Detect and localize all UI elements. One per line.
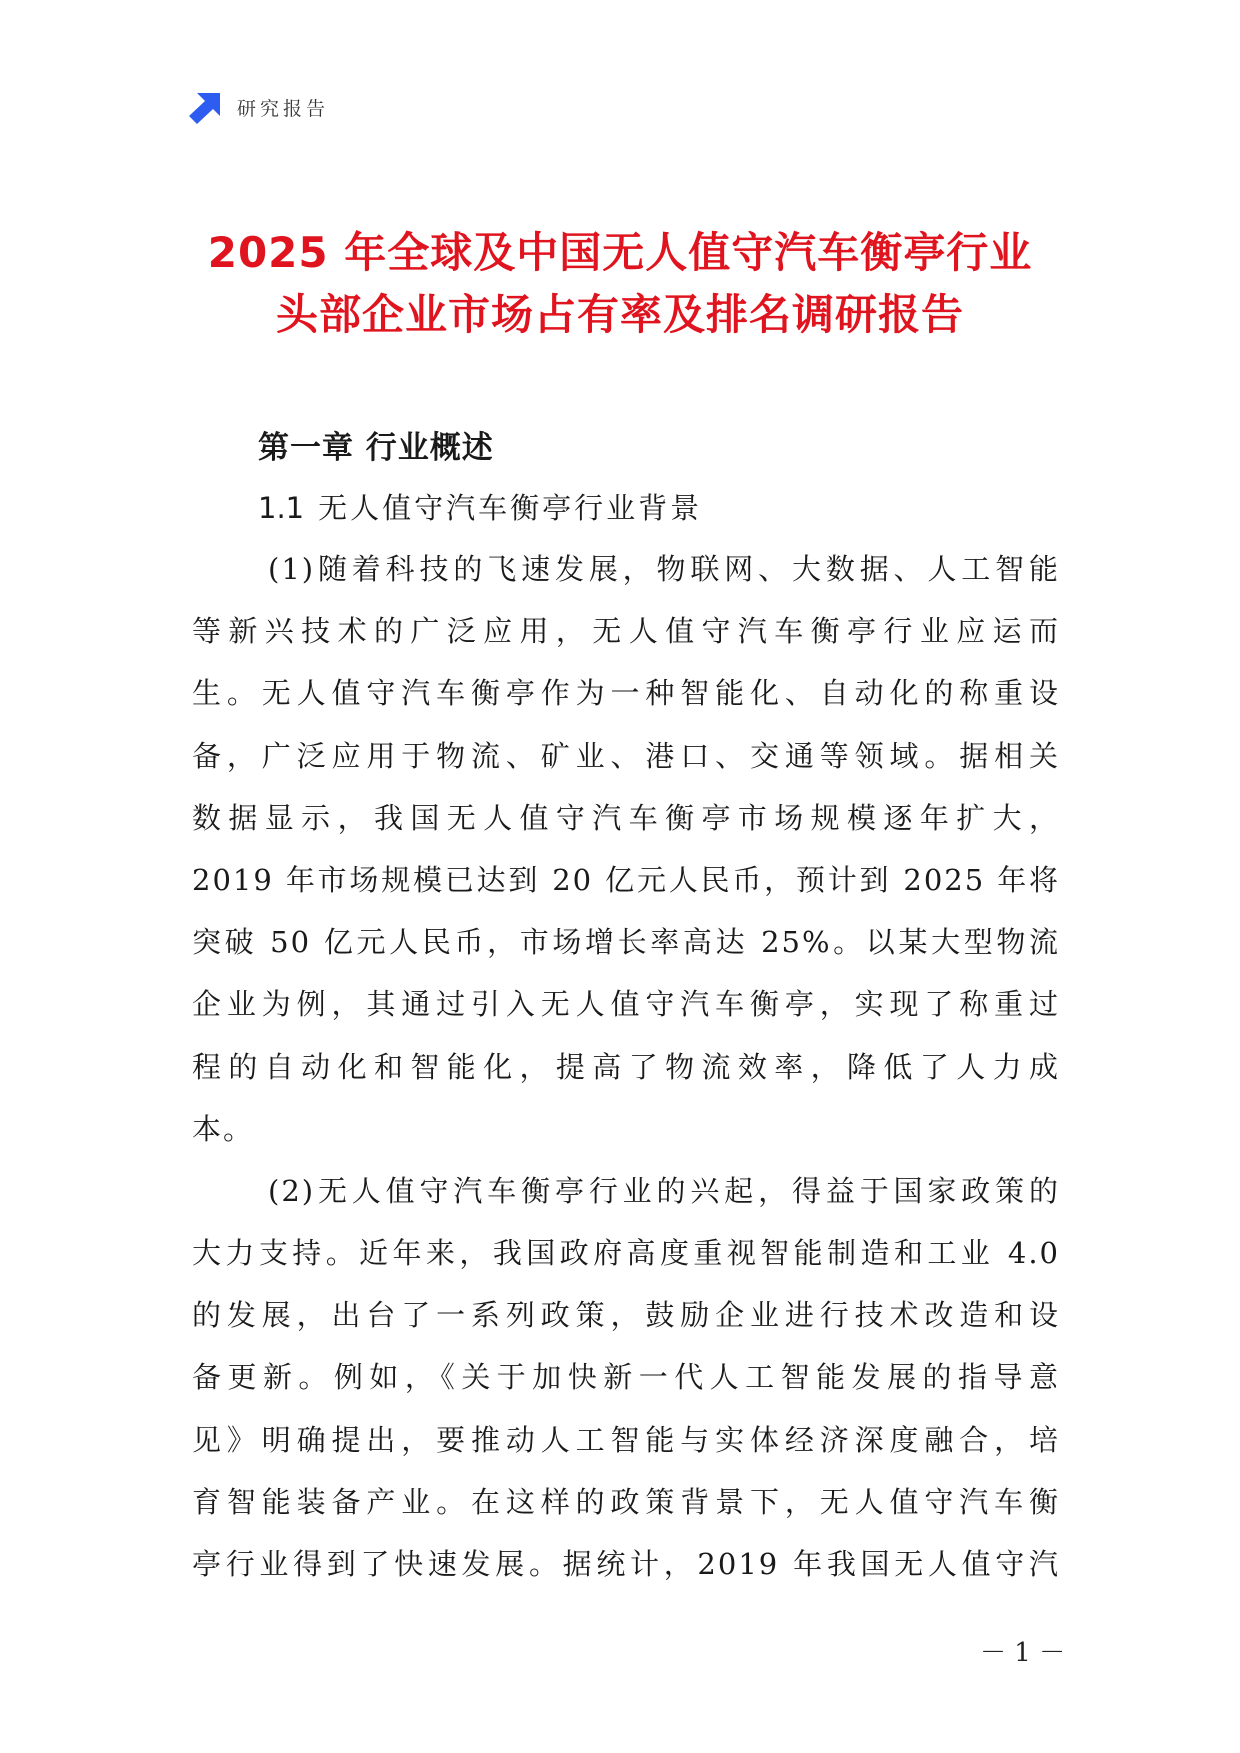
report-header: 研究报告 xyxy=(189,90,329,124)
paragraph-2-line: 亭行业得到了快速发展。据统计，2019 年我国无人值守汽 xyxy=(192,1533,1060,1595)
paragraph-1-line: 生。无人值守汽车衡亭作为一种智能化、自动化的称重设 xyxy=(192,662,1060,724)
paragraph-1-line: 数据显示，我国无人值守汽车衡亭市场规模逐年扩大， xyxy=(192,787,1060,849)
document-title: 2025 年全球及中国无人值守汽车衡亭行业 头部企业市场占有率及排名调研报告 xyxy=(0,222,1240,346)
title-line-2: 头部企业市场占有率及排名调研报告 xyxy=(0,284,1240,346)
paragraph-1-line: 企业为例，其通过引入无人值守汽车衡亭，实现了称重过 xyxy=(192,973,1060,1035)
paragraph-1-line: 程的自动化和智能化，提高了物流效率，降低了人力成 xyxy=(192,1036,1060,1098)
paragraph-1-line: (1)随着科技的飞速发展，物联网、大数据、人工智能 xyxy=(192,538,1060,600)
section-heading: 1.1无人值守汽车衡亭行业背景 xyxy=(258,486,702,527)
paragraph-1-line: 突破 50 亿元人民币，市场增长率高达 25%。以某大型物流 xyxy=(192,911,1060,973)
paragraph-2-line: 备更新。例如，《关于加快新一代人工智能发展的指导意 xyxy=(192,1346,1060,1408)
section-number: 1.1 xyxy=(258,491,304,525)
paragraph-2-line: 育智能装备产业。在这样的政策背景下，无人值守汽车衡 xyxy=(192,1471,1060,1533)
header-label: 研究报告 xyxy=(237,94,329,121)
page-number: － 1 － xyxy=(980,1632,1065,1669)
chapter-heading: 第一章 行业概述 xyxy=(258,422,494,467)
paragraph-2-line: 的发展，出台了一系列政策，鼓励企业进行技术改造和设 xyxy=(192,1284,1060,1346)
section-title: 无人值守汽车衡亭行业背景 xyxy=(318,491,702,525)
paragraph-1-line: 本。 xyxy=(192,1098,1060,1160)
title-line-1: 2025 年全球及中国无人值守汽车衡亭行业 xyxy=(0,222,1240,284)
arrow-up-right-icon xyxy=(189,90,223,124)
body-text: (1)随着科技的飞速发展，物联网、大数据、人工智能 等新兴技术的广泛应用，无人值… xyxy=(192,538,1060,1595)
paragraph-1-line: 2019 年市场规模已达到 20 亿元人民币，预计到 2025 年将 xyxy=(192,849,1060,911)
paragraph-2-line: 见》明确提出，要推动人工智能与实体经济深度融合，培 xyxy=(192,1409,1060,1471)
paragraph-2-line: (2)无人值守汽车衡亭行业的兴起，得益于国家政策的 xyxy=(192,1160,1060,1222)
paragraph-1-line: 等新兴技术的广泛应用，无人值守汽车衡亭行业应运而 xyxy=(192,600,1060,662)
paragraph-2-line: 大力支持。近年来，我国政府高度重视智能制造和工业 4.0 xyxy=(192,1222,1060,1284)
paragraph-1-line: 备，广泛应用于物流、矿业、港口、交通等领域。据相关 xyxy=(192,725,1060,787)
